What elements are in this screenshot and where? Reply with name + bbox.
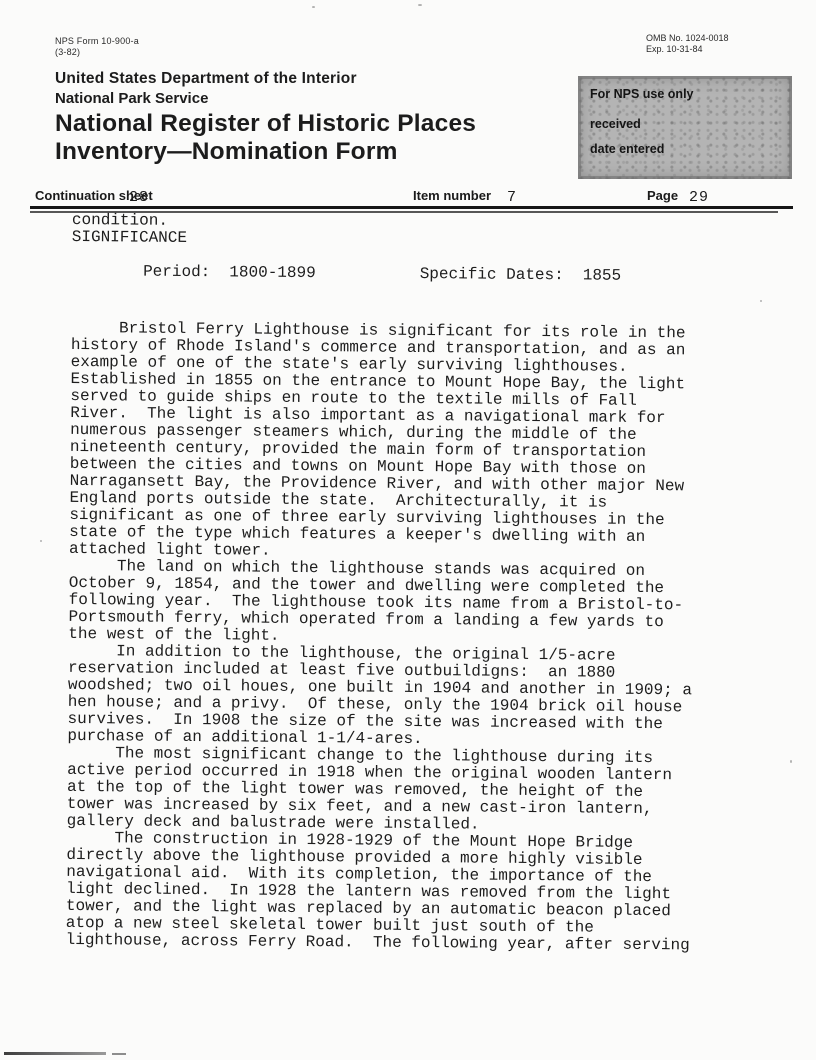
- form-title-line2: Inventory—Nomination Form: [55, 138, 476, 166]
- scanned-document-page: NPS Form 10-900-a (3-82) OMB No. 1024-00…: [0, 0, 816, 1060]
- page-number-value: 29: [689, 189, 709, 206]
- form-number-block: NPS Form 10-900-a (3-82): [55, 36, 139, 58]
- typed-body: condition. SIGNIFICANCE Period:1800-1899…: [66, 212, 772, 955]
- bureau-name: National Park Service: [55, 90, 357, 107]
- period-line: Period:1800-1899Specific Dates:1855: [85, 246, 771, 303]
- form-title: National Register of Historic Places Inv…: [55, 110, 476, 166]
- agency-block: United States Department of the Interior…: [55, 70, 357, 107]
- form-revision: (3-82): [55, 47, 139, 58]
- continuation-bar: Continuation sheet 28 Item number 7 Page…: [33, 188, 793, 204]
- body-paragraph-1: Bristol Ferry Lighthouse is significant …: [69, 320, 771, 564]
- scan-speck: [40, 540, 42, 542]
- item-number-label: Item number: [413, 188, 491, 203]
- received-label: received: [590, 117, 792, 131]
- omb-number: OMB No. 1024-0018: [646, 33, 729, 44]
- item-number-value: 7: [507, 189, 517, 206]
- period-value: 1800-1899: [229, 263, 316, 282]
- continuation-sheet-value: 28: [129, 189, 149, 206]
- body-paragraph-3: In addition to the lighthouse, the origi…: [67, 643, 768, 751]
- omb-expiration: Exp. 10-31-84: [646, 44, 729, 55]
- scan-artifact-line: [4, 1052, 106, 1055]
- scan-speck: [312, 6, 315, 8]
- form-title-line1: National Register of Historic Places: [55, 110, 476, 138]
- date-entered-label: date entered: [590, 142, 792, 156]
- body-paragraph-5: The construction in 1928-1929 of the Mou…: [66, 830, 767, 955]
- department-name: United States Department of the Interior: [55, 70, 357, 88]
- scan-speck: [790, 760, 792, 763]
- specific-dates-label: Specific Dates:: [420, 265, 564, 284]
- scan-speck: [418, 4, 422, 6]
- period-label: Period:: [143, 263, 210, 282]
- specific-dates-value: 1855: [583, 266, 622, 284]
- body-paragraph-2: The land on which the lighthouse stands …: [68, 558, 769, 649]
- nps-box-header: For NPS use only: [590, 87, 792, 101]
- omb-block: OMB No. 1024-0018 Exp. 10-31-84: [646, 33, 729, 55]
- rule-heavy-line: [30, 206, 793, 209]
- page-label: Page: [647, 188, 678, 203]
- scan-artifact-dash: [112, 1053, 126, 1055]
- scan-speck: [760, 300, 762, 302]
- body-paragraph-4: The most significant change to the light…: [67, 745, 768, 836]
- form-number: NPS Form 10-900-a: [55, 36, 139, 47]
- nps-use-only-box: For NPS use only received date entered: [578, 76, 792, 179]
